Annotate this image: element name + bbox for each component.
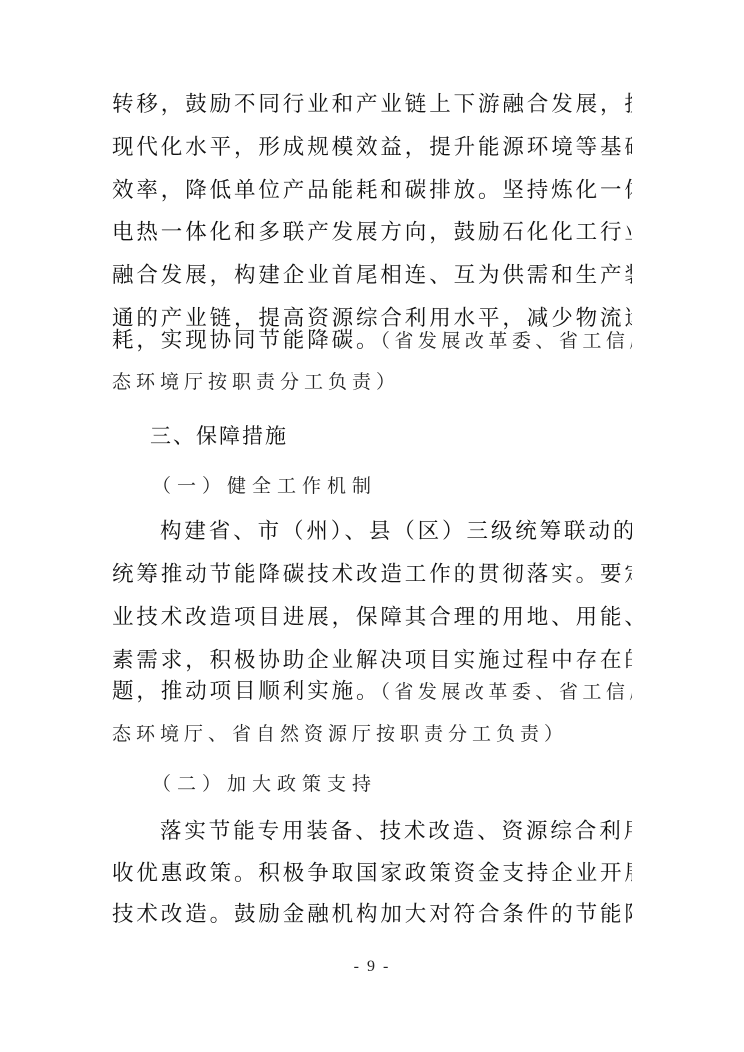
document-page: 转移，鼓励不同行业和产业链上下游融合发展，提高集约化、 现代化水平，形成规模效益… <box>0 0 744 1052</box>
body-text-line-with-note: 题，推动项目顺利实施。（省发展改革委、省工信厅、省生 <box>112 677 632 707</box>
body-text-line-with-note: 耗，实现协同节能降碳。（省发展改革委、省工信厅、省生 <box>112 326 632 356</box>
responsibility-note-continuation: 态环境厅、省自然资源厅按职责分工负责） <box>112 719 632 749</box>
responsibility-note: （省发展改革委、省工信厅、省生 <box>380 330 632 352</box>
body-text-line: 电热一体化和多联产发展方向，鼓励石化化工行业上中下游 <box>112 218 632 248</box>
page-number: - 9 - <box>0 958 744 976</box>
section-heading: 三、保障措施 <box>150 421 670 451</box>
body-text-line: 技术改造。鼓励金融机构加大对符合条件的节能降碳技术改 <box>112 900 632 930</box>
body-text: 耗，实现协同节能降碳。 <box>112 328 380 353</box>
body-text-line: 落实节能专用装备、技术改造、资源综合利用等方面税 <box>160 817 632 847</box>
responsibility-note-continuation: 态环境厅按职责分工负责） <box>112 367 632 397</box>
body-text-line: 转移，鼓励不同行业和产业链上下游融合发展，提高集约化、 <box>112 90 632 120</box>
body-text-line: 构建省、市（州）、县（区）三级统筹联动的协同工作机制， <box>160 517 632 547</box>
body-text-line: 效率，降低单位产品能耗和碳排放。坚持炼化一体化、煤化 <box>112 176 632 206</box>
subsection-heading: （一）健全工作机制 <box>152 471 672 501</box>
subsection-heading: （二）加大政策支持 <box>152 769 672 799</box>
body-text: 题，推动项目顺利实施。 <box>112 679 380 704</box>
responsibility-note: （省发展改革委、省工信厅、省生 <box>380 681 632 703</box>
body-text-line: 现代化水平，形成规模效益，提升能源环境等基础设施使用 <box>112 133 632 163</box>
body-text-line: 收优惠政策。积极争取国家政策资金支持企业开展节能降碳 <box>112 859 632 889</box>
body-text-line: 统筹推动节能降碳技术改造工作的贯彻落实。要定期跟进企 <box>112 560 632 590</box>
body-text-line: 融合发展，构建企业首尾相连、互为供需和生产装置互联互 <box>112 261 632 291</box>
body-text-line: 素需求，积极协助企业解决项目实施过程中存在的困难和问 <box>112 646 632 676</box>
body-text-line: 业技术改造项目进展，保障其合理的用地、用能、环保等要 <box>112 603 632 633</box>
